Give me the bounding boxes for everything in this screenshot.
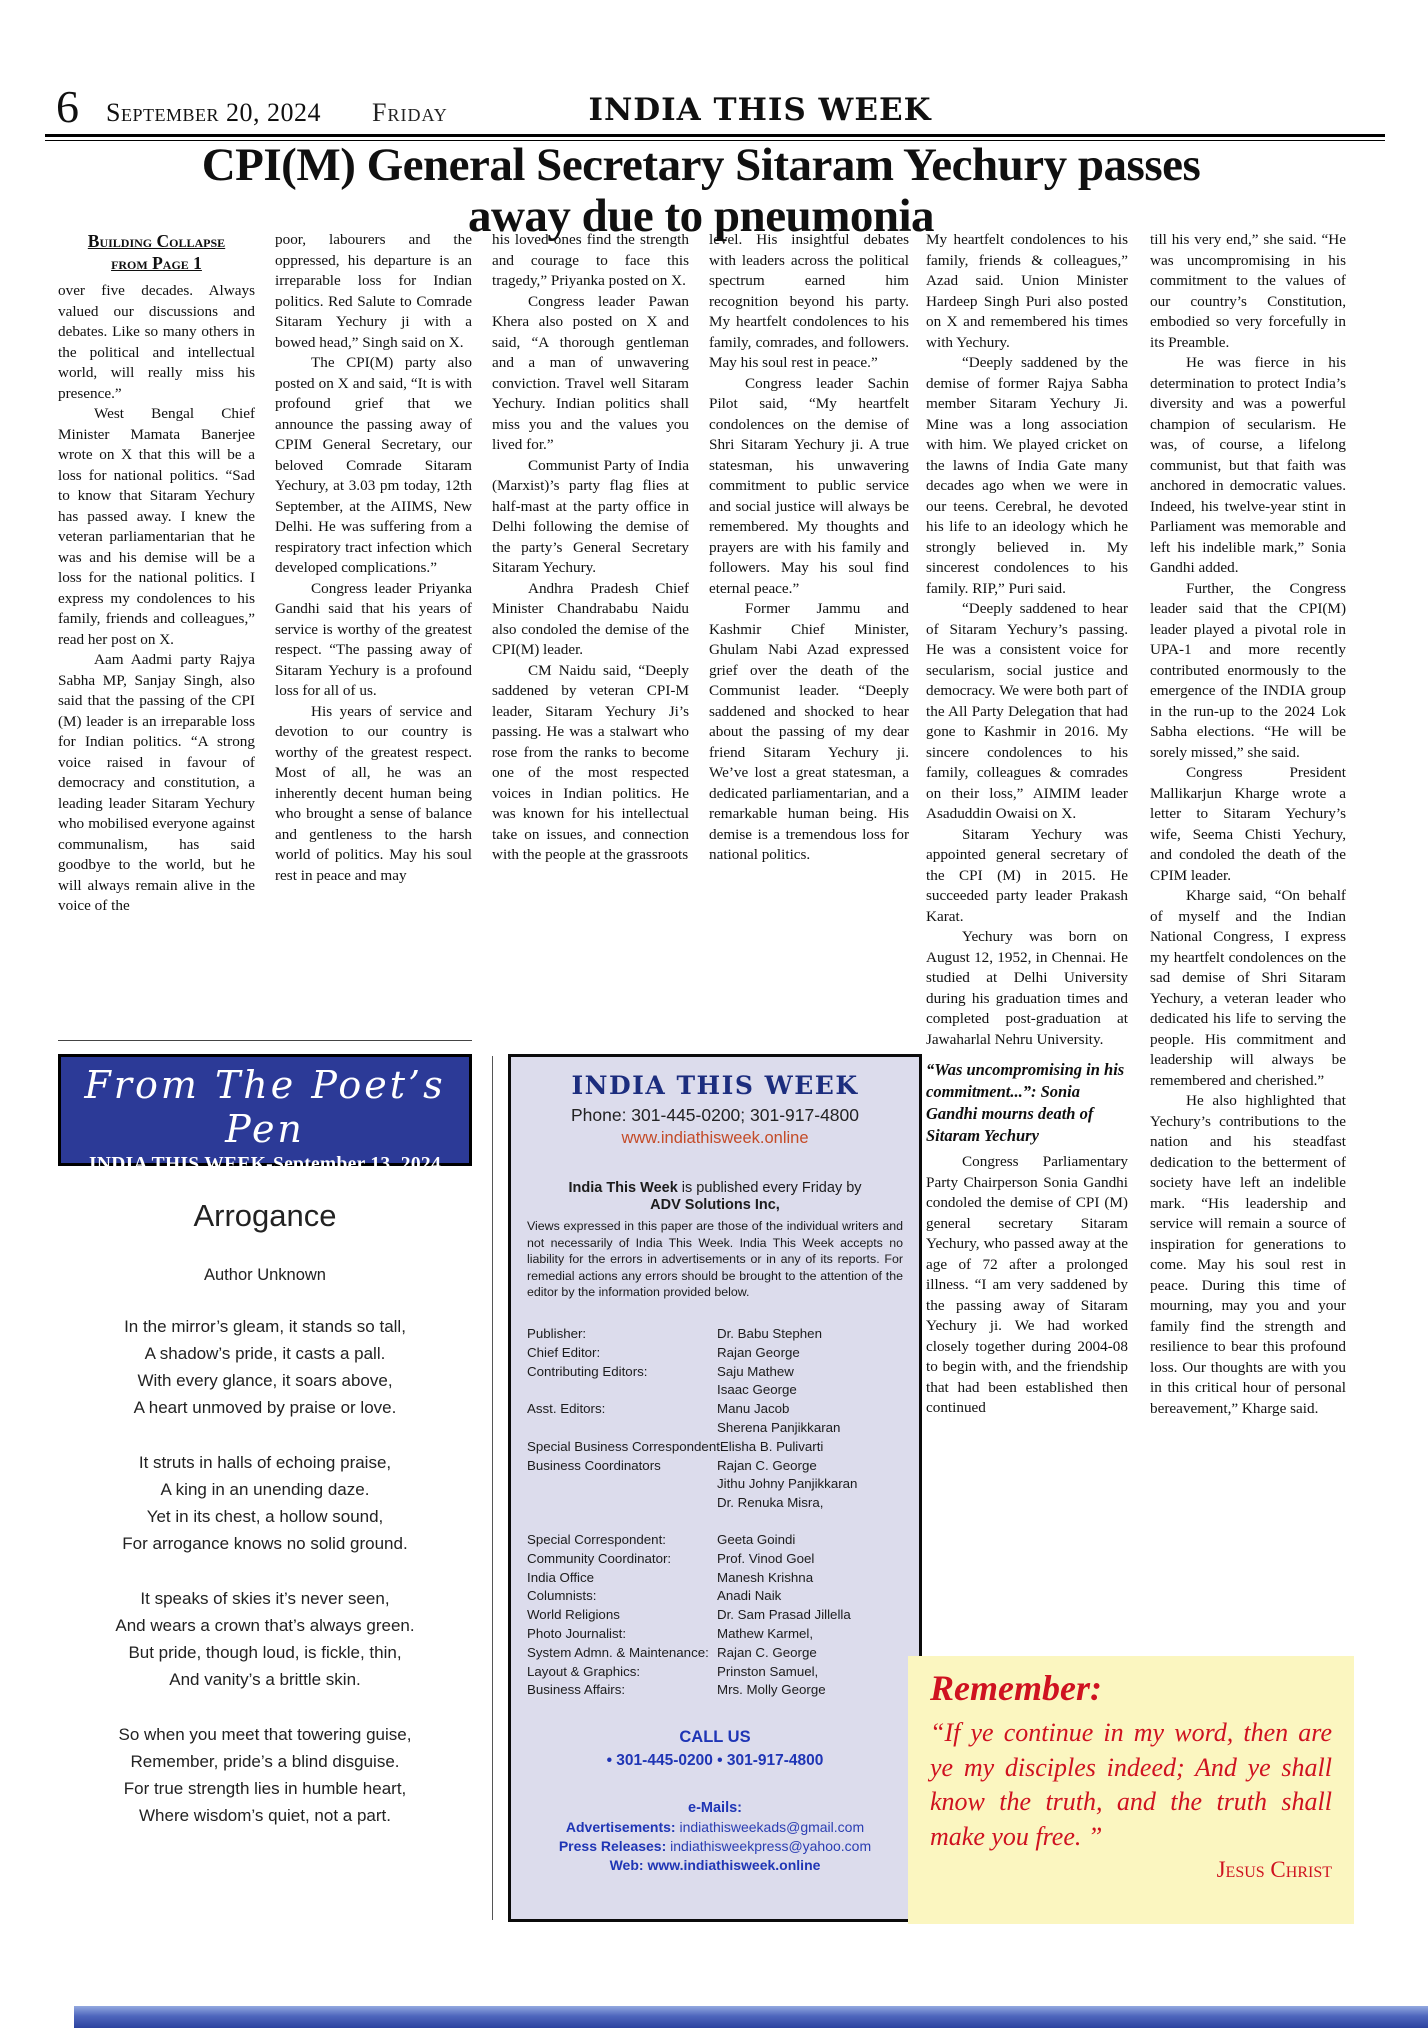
remember-title: Remember:: [930, 1668, 1332, 1708]
newspaper-masthead: INDIA THIS WEEK: [470, 92, 1050, 128]
staff-role-label: Business Coordinators: [527, 1457, 717, 1476]
staff-person-name: Sherena Panjikkaran: [717, 1419, 840, 1438]
masthead-website: www.indiathisweek.online: [527, 1129, 903, 1148]
published-brand: India This Week: [568, 1180, 677, 1196]
poem-title: Arrogance: [58, 1198, 472, 1234]
staff-row: Photo Journalist:Mathew Karmel,: [527, 1625, 903, 1644]
staff-row: System Admn. & Maintenance:Rajan C. Geor…: [527, 1644, 903, 1663]
article-paragraph: Congress leader Sachin Pilot said, “My h…: [709, 374, 909, 600]
article-paragraph: till his very end,” she said. “He was un…: [1150, 230, 1346, 353]
poem-author: Author Unknown: [58, 1266, 472, 1285]
remember-quote: “If ye continue in my word, then are ye …: [930, 1716, 1332, 1854]
staff-person-name: Rajan George: [717, 1344, 800, 1363]
article-column-3: his loved ones find the strength and cou…: [492, 230, 689, 1048]
main-headline: CPI(M) General Secretary Sitaram Yechury…: [45, 140, 1357, 242]
article-paragraph: His years of service and devotion to our…: [275, 702, 472, 887]
staff-person-name: Mrs. Molly George: [717, 1681, 826, 1700]
advertisements-line: Advertisements: indiathisweekads@gmail.c…: [527, 1819, 903, 1835]
page-day: Friday: [372, 98, 448, 128]
staff-person-name: Mathew Karmel,: [717, 1625, 813, 1644]
article-column-1: Building Collapsefrom Page 1over five de…: [58, 230, 255, 1046]
published-rest: is published every Friday by: [678, 1180, 862, 1196]
article-column-2: poor, labourers and the oppressed, his d…: [275, 230, 472, 1046]
article-paragraph: Sitaram Yechury was appointed general se…: [926, 825, 1128, 928]
staff-person-name: Rajan C. George: [717, 1457, 817, 1476]
article-subhead: “Was uncompromising in his commitment...…: [926, 1059, 1128, 1147]
staff-person-name: Prinston Samuel,: [717, 1663, 818, 1682]
staff-row: Layout & Graphics:Prinston Samuel,: [527, 1663, 903, 1682]
article-paragraph: Congress President Mallikarjun Kharge wr…: [1150, 763, 1346, 886]
press-label: Press Releases:: [559, 1838, 666, 1854]
poem-stanzas: In the mirror’s gleam, it stands so tall…: [58, 1313, 472, 1829]
staff-person-name: Dr. Renuka Misra,: [717, 1494, 823, 1513]
staff-person-name: Dr. Babu Stephen: [717, 1325, 822, 1344]
staff-row: Business CoordinatorsRajan C. George: [527, 1457, 903, 1476]
staff-list: Publisher:Dr. Babu StephenChief Editor:R…: [527, 1325, 903, 1700]
headline-line1: CPI(M) General Secretary Sitaram Yechury…: [45, 140, 1357, 191]
staff-role-label: Asst. Editors:: [527, 1400, 717, 1419]
staff-role-label: Contributing Editors:: [527, 1363, 717, 1382]
staff-role-label: Layout & Graphics:: [527, 1663, 717, 1682]
article-column-4: level. His insightful debates with leade…: [709, 230, 909, 1048]
article-paragraph: Former Jammu and Kashmir Chief Minister,…: [709, 599, 909, 866]
page-number: 6: [56, 84, 79, 130]
newspaper-page: 6 September 20, 2024 Friday INDIA THIS W…: [0, 0, 1428, 2028]
column-divider: [492, 1056, 493, 1920]
staff-person-name: Jithu Johny Panjikkaran: [717, 1475, 857, 1494]
poem-section: Arrogance Author Unknown In the mirror’s…: [58, 1182, 472, 1829]
call-us-numbers: • 301-445-0200 • 301-917-4800: [527, 1752, 903, 1770]
staff-role-label: Community Coordinator:: [527, 1550, 717, 1569]
staff-person-name: Dr. Sam Prasad Jillella: [717, 1606, 851, 1625]
staff-row: Jithu Johny Panjikkaran: [527, 1475, 903, 1494]
article-paragraph: Aam Aadmi party Rajya Sabha MP, Sanjay S…: [58, 650, 255, 917]
staff-role-label: Special Correspondent:: [527, 1531, 717, 1550]
poets-pen-banner: From The Poet’s Pen INDIA THIS WEEK-Sept…: [58, 1054, 472, 1166]
article-paragraph: CM Naidu said, “Deeply saddened by veter…: [492, 661, 689, 866]
staff-row: India OfficeManesh Krishna: [527, 1569, 903, 1588]
poem-stanza: So when you meet that towering guise,Rem…: [58, 1721, 472, 1829]
staff-role-label: [527, 1419, 717, 1438]
article-paragraph: “Deeply saddened to hear of Sitaram Yech…: [926, 599, 1128, 825]
advertisements-email: indiathisweekads@gmail.com: [676, 1819, 865, 1835]
article-paragraph: his loved ones find the strength and cou…: [492, 230, 689, 292]
staff-row: Isaac George: [527, 1381, 903, 1400]
staff-role-label: System Admn. & Maintenance:: [527, 1644, 717, 1663]
staff-row: Business Affairs:Mrs. Molly George: [527, 1681, 903, 1700]
staff-row: Special Correspondent:Geeta Goindi: [527, 1531, 903, 1550]
staff-person-name: Geeta Goindi: [717, 1531, 795, 1550]
staff-row: Contributing Editors:Saju Mathew: [527, 1363, 903, 1382]
staff-person-name: Manesh Krishna: [717, 1569, 813, 1588]
poem-stanza: It struts in halls of echoing praise,A k…: [58, 1449, 472, 1557]
staff-row: Chief Editor:Rajan George: [527, 1344, 903, 1363]
staff-person-name: Elisha B. Pulivarti: [720, 1438, 823, 1457]
emails-heading: e-Mails:: [527, 1800, 903, 1816]
staff-role-label: Special Business Correspondent: [527, 1438, 720, 1457]
staff-row: World ReligionsDr. Sam Prasad Jillella: [527, 1606, 903, 1625]
press-email: indiathisweekpress@yahoo.com: [666, 1838, 871, 1854]
remember-attribution: Jesus Christ: [930, 1857, 1332, 1883]
remember-box: Remember: “If ye continue in my word, th…: [908, 1656, 1354, 1924]
staff-role-label: [527, 1381, 717, 1400]
article-column-5: My heartfelt condolences to his family, …: [926, 230, 1128, 1654]
poem-stanza: It speaks of skies it’s never seen,And w…: [58, 1585, 472, 1693]
web-line: Web: www.indiathisweek.online: [527, 1857, 903, 1873]
article-paragraph: Andhra Pradesh Chief Minister Chandrabab…: [492, 579, 689, 661]
staff-row: Publisher:Dr. Babu Stephen: [527, 1325, 903, 1344]
article-column-6: till his very end,” she said. “He was un…: [1150, 230, 1346, 1654]
staff-row: Asst. Editors:Manu Jacob: [527, 1400, 903, 1419]
article-paragraph: My heartfelt condolences to his family, …: [926, 230, 1128, 353]
article-paragraph: over five decades. Always valued our dis…: [58, 281, 255, 404]
staff-person-name: Rajan C. George: [717, 1644, 817, 1663]
staff-role-label: Columnists:: [527, 1587, 717, 1606]
staff-row: Dr. Renuka Misra,: [527, 1494, 903, 1513]
disclaimer-text: Views expressed in this paper are those …: [527, 1218, 903, 1301]
article-paragraph: Yechury was born on August 12, 1952, in …: [926, 927, 1128, 1050]
staff-role-label: World Religions: [527, 1606, 717, 1625]
staff-person-name: Anadi Naik: [717, 1587, 781, 1606]
jump-header: Building Collapsefrom Page 1: [58, 230, 255, 274]
staff-role-label: Chief Editor:: [527, 1344, 717, 1363]
poem-separator: [58, 1040, 472, 1041]
staff-row: Columnists:Anadi Naik: [527, 1587, 903, 1606]
staff-role-label: Business Affairs:: [527, 1681, 717, 1700]
poem-stanza: In the mirror’s gleam, it stands so tall…: [58, 1313, 472, 1421]
article-paragraph: poor, labourers and the oppressed, his d…: [275, 230, 472, 353]
article-paragraph: Further, the Congress leader said that t…: [1150, 579, 1346, 764]
article-paragraph: West Bengal Chief Minister Mamata Banerj…: [58, 404, 255, 650]
masthead-phone: Phone: 301-445-0200; 301-917-4800: [527, 1105, 903, 1126]
staff-role-label: [527, 1475, 717, 1494]
article-paragraph: “Deeply saddened by the demise of former…: [926, 353, 1128, 599]
article-paragraph: level. His insightful debates with leade…: [709, 230, 909, 374]
article-paragraph: Congress Parliamentary Party Chairperson…: [926, 1152, 1128, 1419]
article-paragraph: He was fierce in his determination to pr…: [1150, 353, 1346, 579]
bottom-bar: [74, 2006, 1428, 2028]
article-paragraph: Congress leader Priyanka Gandhi said tha…: [275, 579, 472, 702]
staff-role-label: Publisher:: [527, 1325, 717, 1344]
advertisements-label: Advertisements:: [566, 1819, 676, 1835]
article-paragraph: Congress leader Pawan Khera also posted …: [492, 292, 689, 456]
masthead-box: INDIA THIS WEEK Phone: 301-445-0200; 301…: [508, 1054, 922, 1922]
staff-row: Sherena Panjikkaran: [527, 1419, 903, 1438]
publisher-company: ADV Solutions Inc,: [527, 1197, 903, 1213]
poets-pen-title: From The Poet’s Pen: [61, 1063, 469, 1151]
staff-person-name: Manu Jacob: [717, 1400, 789, 1419]
article-paragraph: Communist Party of India (Marxist)’s par…: [492, 456, 689, 579]
staff-person-name: Saju Mathew: [717, 1363, 794, 1382]
staff-row: Special Business CorrespondentElisha B. …: [527, 1438, 903, 1457]
staff-person-name: Prof. Vinod Goel: [717, 1550, 814, 1569]
call-us-heading: CALL US: [527, 1728, 903, 1747]
staff-role-label: India Office: [527, 1569, 717, 1588]
masthead-box-title: INDIA THIS WEEK: [527, 1071, 903, 1100]
published-line: India This Week is published every Frida…: [527, 1180, 903, 1196]
article-paragraph: The CPI(M) party also posted on X and sa…: [275, 353, 472, 579]
press-line: Press Releases: indiathisweekpress@yahoo…: [527, 1838, 903, 1854]
poets-pen-subtitle: INDIA THIS WEEK-September 13, 2024: [61, 1154, 469, 1176]
staff-role-label: Photo Journalist:: [527, 1625, 717, 1644]
page-date: September 20, 2024: [106, 98, 321, 128]
staff-person-name: Isaac George: [717, 1381, 797, 1400]
staff-row: Community Coordinator:Prof. Vinod Goel: [527, 1550, 903, 1569]
article-paragraph: He also highlighted that Yechury’s contr…: [1150, 1091, 1346, 1419]
staff-role-label: [527, 1494, 717, 1513]
article-paragraph: Kharge said, “On behalf of myself and th…: [1150, 886, 1346, 1091]
